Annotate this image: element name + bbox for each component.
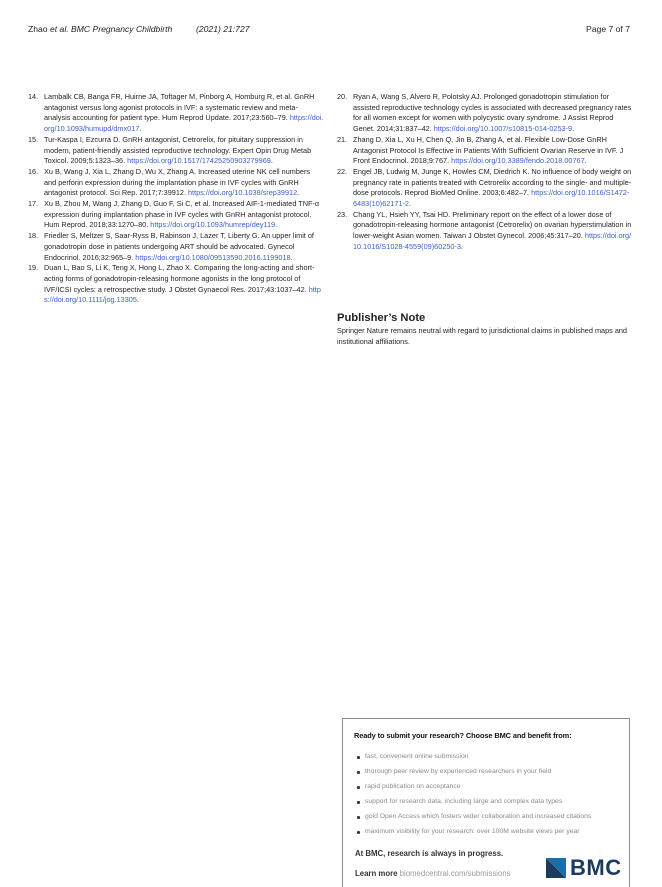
publishers-note-heading: Publisher’s Note: [337, 312, 425, 324]
reference-number: 15.: [28, 135, 38, 146]
reference-tail: .: [297, 188, 299, 197]
page-number: Page 7 of 7: [586, 24, 630, 34]
doi-link[interactable]: https://doi.org/10.1038/srep39912: [188, 188, 297, 197]
doi-link[interactable]: https://doi.org/10.1093/humrep/dey119: [150, 220, 275, 229]
reference-number: 14.: [28, 92, 38, 103]
references-right-column: 20.Ryan A, Wang S, Alvero R, Polotsky AJ…: [337, 92, 633, 253]
reference-item: 19.Duan L, Bao S, Li K, Teng X, Hong L, …: [28, 263, 324, 306]
reference-item: 17.Xu B, Zhou M, Wang J, Zhang D, Guo F,…: [28, 199, 324, 231]
bmc-benefits-list: fast, convenient online submissionthorou…: [357, 752, 591, 842]
reference-item: 14.Lambalk CB, Banga FR, Huirne JA, Toft…: [28, 92, 324, 135]
doi-link[interactable]: https://doi.org/10.1517/1742525090327996…: [127, 156, 271, 165]
references-left-column: 14.Lambalk CB, Banga FR, Huirne JA, Toft…: [28, 92, 324, 306]
doi-link[interactable]: https://doi.org/10.1007/s10815-014-0253-…: [434, 124, 572, 133]
bmc-learn-more[interactable]: Learn more biomedcentral.com/submissions: [355, 869, 511, 878]
reference-number: 19.: [28, 263, 38, 274]
reference-tail: .: [409, 199, 411, 208]
reference-list: 20.Ryan A, Wang S, Alvero R, Polotsky AJ…: [337, 92, 633, 253]
reference-item: 16.Xu B, Wang J, Xia L, Zhang D, Wu X, Z…: [28, 167, 324, 199]
reference-tail: .: [461, 242, 463, 251]
reference-item: 22.Engel JB, Ludwig M, Junge K, Howles C…: [337, 167, 633, 210]
journal-name: et al. BMC Pregnancy Childbirth: [50, 24, 172, 34]
reference-number: 22.: [337, 167, 347, 178]
bmc-benefit-item: support for research data, including lar…: [357, 797, 591, 812]
reference-list: 14.Lambalk CB, Banga FR, Huirne JA, Toft…: [28, 92, 324, 306]
reference-item: 23.Chang YL, Hsieh YY, Tsai HD. Prelimin…: [337, 210, 633, 253]
reference-tail: .: [585, 156, 587, 165]
reference-number: 17.: [28, 199, 38, 210]
reference-tail: .: [271, 156, 273, 165]
running-head: Zhao et al. BMC Pregnancy Childbirth: [28, 24, 172, 34]
learn-more-label: Learn more: [355, 869, 397, 878]
reference-item: 20.Ryan A, Wang S, Alvero R, Polotsky AJ…: [337, 92, 633, 135]
bmc-benefit-item: fast, convenient online submission: [357, 752, 591, 767]
reference-tail: .: [572, 124, 574, 133]
bmc-tagline: At BMC, research is always in progress.: [355, 849, 503, 858]
reference-item: 15.Tur-Kaspa I, Ezcurra D. GnRH antagoni…: [28, 135, 324, 167]
bmc-submission-ad: Ready to submit your research? Choose BM…: [342, 718, 630, 887]
reference-tail: .: [137, 295, 139, 304]
bmc-logo-icon: [546, 858, 566, 878]
reference-text: Lambalk CB, Banga FR, Huirne JA, Toftage…: [44, 92, 314, 122]
bmc-logo-text: BMC: [570, 855, 622, 881]
bmc-logo: BMC: [546, 858, 621, 880]
doi-link[interactable]: https://doi.org/10.1080/09513590.2016.11…: [135, 253, 290, 262]
reference-number: 21.: [337, 135, 347, 146]
reference-number: 18.: [28, 231, 38, 242]
authors: Zhao: [28, 24, 50, 34]
bmc-benefit-item: maximum visibility for your research: ov…: [357, 827, 591, 842]
bmc-benefit-item: rapid publication on acceptance: [357, 782, 591, 797]
reference-text: Duan L, Bao S, Li K, Teng X, Hong L, Zha…: [44, 263, 314, 293]
learn-more-link[interactable]: biomedcentral.com/submissions: [400, 869, 511, 878]
reference-tail: .: [275, 220, 277, 229]
reference-item: 21.Zhang D, Xia L, Xu H, Chen Q, Jin B, …: [337, 135, 633, 167]
publishers-note-text: Springer Nature remains neutral with reg…: [337, 326, 627, 347]
bmc-benefit-item: thorough peer review by experienced rese…: [357, 767, 591, 782]
year-volume: (2021) 21:727: [196, 24, 250, 34]
bmc-benefit-item: gold Open Access which fosters wider col…: [357, 812, 591, 827]
reference-number: 23.: [337, 210, 347, 221]
reference-number: 20.: [337, 92, 347, 103]
reference-number: 16.: [28, 167, 38, 178]
reference-item: 18.Friedler S, Meltzer S, Saar-Ryss B, R…: [28, 231, 324, 263]
bmc-ad-heading: Ready to submit your research? Choose BM…: [354, 731, 572, 740]
reference-tail: .: [291, 253, 293, 262]
reference-tail: .: [139, 124, 141, 133]
doi-link[interactable]: https://doi.org/10.3389/fendo.2018.00767: [451, 156, 584, 165]
